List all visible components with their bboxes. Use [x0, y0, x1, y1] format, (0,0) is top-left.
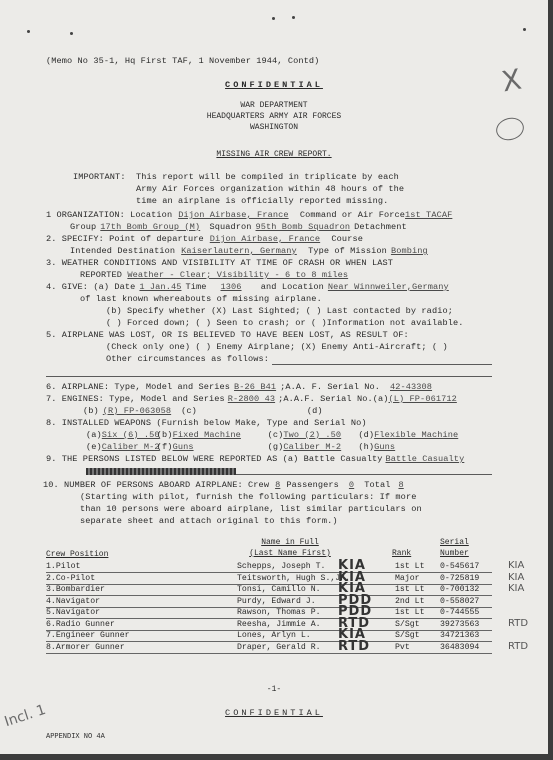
- crew-serial: 0-545617: [440, 562, 479, 571]
- weapon-d: Flexible Machine: [374, 430, 458, 440]
- crew-name: Draper, Gerald R.: [237, 643, 321, 652]
- crew-status-stamp: RTD: [338, 639, 370, 654]
- field-label: and Location: [261, 282, 324, 292]
- crew-position: 6.Radio Gunner: [46, 620, 115, 629]
- destination-value: Kaiserlautern, Germany: [175, 246, 303, 256]
- airplane-type-value: B-26 B41: [230, 382, 280, 392]
- section-9: 9. THE PERSONS LISTED BELOW WERE REPORTE…: [46, 454, 464, 464]
- field-label: ;A.A.F. Serial No.: [278, 394, 373, 404]
- header-crew-position: Crew Position: [46, 550, 108, 559]
- header-name-line-2: (Last Name First): [230, 549, 350, 558]
- classification-header: CONFIDENTIAL: [0, 80, 548, 90]
- section-10-line-4: separate sheet and attach original to th…: [80, 516, 338, 526]
- department: WAR DEPARTMENT: [0, 101, 548, 110]
- airplane-serial-value: 42-43308: [380, 382, 450, 392]
- section-10-line-3: than 10 persons were aboard airplane, li…: [80, 504, 422, 514]
- field-label: Passengers: [286, 480, 339, 490]
- crew-serial: 0-725819: [440, 574, 479, 583]
- crew-name: Schepps, Joseph T.: [237, 562, 325, 571]
- section-label: ENGINES:: [62, 394, 104, 404]
- crew-position: 2.Co-Pilot: [46, 574, 95, 583]
- crew-margin-note: KIA: [508, 572, 524, 583]
- important-line-2: Army Air Forces organization within 48 h…: [136, 184, 404, 194]
- important-label: IMPORTANT:: [73, 172, 126, 182]
- field-label: Type, Model and Series: [114, 382, 230, 392]
- section-10-line-2: (Starting with pilot, furnish the follow…: [80, 492, 416, 502]
- field-label: Course: [331, 234, 363, 244]
- section-1: 1 ORGANIZATION: LocationDijon Airbase, F…: [46, 210, 452, 220]
- scan-edge: [0, 754, 553, 760]
- page-number: -1-: [0, 685, 548, 694]
- struck-out-text: [86, 468, 236, 475]
- section-number: 1: [46, 210, 51, 220]
- crew-name: Reesha, Jimmie A.: [237, 620, 321, 629]
- field-label: Type of Mission: [308, 246, 387, 256]
- speck: [272, 17, 275, 20]
- departure-value: Dijon Airbase, France: [204, 234, 326, 244]
- header-name-line-1: Name in Full: [230, 538, 350, 547]
- crew-serial: 39273563: [440, 620, 479, 629]
- section-4-line-2: of last known whereabouts of missing air…: [80, 294, 322, 304]
- group-value: 17th Bomb Group (M): [96, 222, 204, 232]
- mission-value: Bombing: [387, 246, 432, 256]
- speck: [27, 30, 30, 33]
- crew-name: Lones, Arlyn L.: [237, 631, 311, 640]
- section-number: 6.: [46, 382, 57, 392]
- scan-edge: [548, 0, 553, 760]
- time-value: 1306: [207, 282, 256, 292]
- crew-rank: S/Sgt: [395, 620, 420, 629]
- section-7-line-2: (b)(R) FP-063058(c)(d): [83, 406, 473, 416]
- section-number: 7.: [46, 394, 57, 404]
- crew-serial: 36483094: [440, 643, 479, 652]
- section-2: 2. SPECIFY: Point of departureDijon Airb…: [46, 234, 453, 244]
- section-label: AIRPLANE WAS LOST, OR IS BELIEVED TO HAV…: [62, 330, 409, 340]
- crew-margin-note: RTD: [508, 618, 528, 629]
- weapon-e: Caliber M-2: [102, 442, 157, 452]
- section-5: 5. AIRPLANE WAS LOST, OR IS BELIEVED TO …: [46, 330, 409, 340]
- section-number: 3.: [46, 258, 57, 268]
- reported-as-value: Battle Casualty: [382, 454, 464, 464]
- speck: [523, 28, 526, 31]
- section-1-line-2: Group17th Bomb Group (M) Squadron95th Bo…: [70, 222, 467, 232]
- section-8: 8. INSTALLED WEAPONS (Furnish below Make…: [46, 418, 367, 428]
- crew-position: 1.Pilot: [46, 562, 80, 571]
- crew-serial: 34721363: [440, 631, 479, 640]
- section-8-line-2: (a)Six (6) .50(b)Fixed Machine(c)Two (2)…: [86, 430, 458, 440]
- weapon-b: Fixed Machine: [173, 430, 268, 440]
- total-count: 8: [390, 480, 443, 490]
- fill-line: [272, 364, 492, 365]
- document-page: (Memo No 35-1, Hq First TAF, 1 November …: [0, 0, 548, 754]
- section-number: 2.: [46, 234, 57, 244]
- section-label: GIVE:: [62, 282, 88, 292]
- weapon-f: Guns: [173, 442, 268, 452]
- header-rank: Rank: [392, 549, 411, 558]
- section-3: 3. WEATHER CONDITIONS AND VISIBILITY AT …: [46, 258, 393, 268]
- weapon-h: Guns: [374, 442, 434, 452]
- classification-footer: CONFIDENTIAL: [0, 708, 548, 718]
- section-number: 10.: [43, 480, 59, 490]
- section-6: 6. AIRPLANE: Type, Model and SeriesB-26 …: [46, 382, 450, 392]
- important-line-3: time an airplane is officially reported …: [136, 196, 388, 206]
- section-3-line-2: REPORTED Weather - Clear; Visibility - 6…: [80, 270, 356, 280]
- memo-reference: (Memo No 35-1, Hq First TAF, 1 November …: [46, 56, 319, 66]
- section-7: 7. ENGINES: Type, Model and SeriesR-2800…: [46, 394, 457, 404]
- section-label: THE PERSONS LISTED BELOW WERE REPORTED A…: [62, 454, 383, 464]
- section-5-line-2: (Check only one) ( ) Enemy Airplane; (X)…: [106, 342, 448, 352]
- crew-rank: 1st Lt: [395, 608, 424, 617]
- crew-position: 7.Engineer Gunner: [46, 631, 130, 640]
- crew-serial: 0-700132: [440, 585, 479, 594]
- section-label: ORGANIZATION:: [57, 210, 125, 220]
- date-value: 1 Jan.45: [135, 282, 185, 292]
- weather-value: Weather - Clear; Visibility - 6 to 8 mil…: [127, 270, 356, 280]
- engine-b-serial: (R) FP-063058: [99, 406, 181, 416]
- crew-name: Purdy, Edward J.: [237, 597, 316, 606]
- crew-margin-note: KIA: [508, 583, 524, 594]
- field-label: (a) Date: [93, 282, 135, 292]
- weapon-g: Caliber M-2: [283, 442, 358, 452]
- field-label: Group: [70, 222, 96, 232]
- field-label: Squadron: [209, 222, 251, 232]
- appendix-label: APPENDIX NO 4A: [46, 733, 105, 741]
- crew-name: Tonsi, Camillo N.: [237, 585, 321, 594]
- passenger-count: 0: [339, 480, 364, 490]
- section-number: 8.: [46, 418, 57, 428]
- weapon-a: Six (6) .50: [102, 430, 157, 440]
- section-label: SPECIFY:: [62, 234, 104, 244]
- important-line-1: This report will be compiled in triplica…: [136, 172, 399, 182]
- crew-name: Teitsworth, Hugh S.,Jr.: [237, 574, 350, 583]
- engine-a-serial: (L) FP-061712: [389, 394, 457, 404]
- command-value: 1st TACAF: [405, 210, 452, 220]
- section-label: INSTALLED WEAPONS (Furnish below Make, T…: [62, 418, 367, 428]
- handwritten-x-mark: X: [499, 63, 524, 99]
- crew-count: 8: [269, 480, 286, 490]
- section-2-line-2: Intended DestinationKaiserlautern, Germa…: [70, 246, 432, 256]
- fill-line: [236, 474, 492, 475]
- report-title: MISSING AIR CREW REPORT.: [0, 150, 548, 159]
- section-10: 10. NUMBER OF PERSONS ABOARD AIRPLANE: C…: [43, 480, 444, 490]
- crew-rank: Major: [395, 574, 420, 583]
- crew-position: 4.Navigator: [46, 597, 100, 606]
- crew-position: 8.Armorer Gunner: [46, 643, 125, 652]
- field-label: Detachment: [354, 222, 407, 232]
- section-4: 4. GIVE: (a) Date1 Jan.45Time1306 and Lo…: [46, 282, 449, 292]
- section-4-b-line-2: ( ) Forced down; ( ) Seen to crash; or (…: [106, 318, 463, 328]
- row-rule: [46, 653, 492, 654]
- crew-name: Rawson, Thomas P.: [237, 608, 321, 617]
- field-label: Intended Destination: [70, 246, 175, 256]
- field-label: Time: [185, 282, 206, 292]
- crew-serial: 0-744555: [440, 608, 479, 617]
- squadron-value: 95th Bomb Squadron: [252, 222, 355, 232]
- speck: [70, 32, 73, 35]
- weapon-c: Two (2) .50: [283, 430, 358, 440]
- field-label: REPORTED: [80, 270, 122, 280]
- crew-rank: 1st Lt: [395, 562, 424, 571]
- field-label: Location: [130, 210, 172, 220]
- crew-margin-note: RTD: [508, 641, 528, 652]
- location-value: Near Winnweiler,Germany: [324, 282, 449, 292]
- speck: [292, 16, 295, 19]
- engine-type-value: R-2800 43: [225, 394, 278, 404]
- crew-rank: 2nd Lt: [395, 597, 424, 606]
- city: WASHINGTON: [0, 123, 548, 132]
- headquarters: HEADQUARTERS ARMY AIR FORCES: [0, 112, 548, 121]
- section-number: 5.: [46, 330, 57, 340]
- section-number: 4.: [46, 282, 57, 292]
- section-label: AIRPLANE:: [62, 382, 109, 392]
- section-5-line-3: Other circumstances as follows:: [106, 354, 269, 364]
- crew-rank: 1st Lt: [395, 585, 424, 594]
- crew-position: 5.Navigator: [46, 608, 100, 617]
- section-number: 9.: [46, 454, 57, 464]
- crew-rank: S/Sgt: [395, 631, 420, 640]
- field-label: ;A.A. F. Serial No.: [280, 382, 380, 392]
- section-4-b-line-1: (b) Specify whether (X) Last Sighted; ( …: [106, 306, 453, 316]
- field-label: Command or Air Force: [300, 210, 405, 220]
- location-value: Dijon Airbase, France: [172, 210, 294, 220]
- crew-serial: 0-558027: [440, 597, 479, 606]
- handwritten-inclosure-note: Incl. 1: [3, 702, 48, 730]
- crew-position: 3.Bombardier: [46, 585, 105, 594]
- field-label: Point of departure: [109, 234, 204, 244]
- field-label: Type, Model and Series: [109, 394, 225, 404]
- section-label: NUMBER OF PERSONS ABOARD AIRPLANE: Crew: [64, 480, 269, 490]
- fill-line: [46, 376, 492, 377]
- header-serial-line-1: Serial: [440, 538, 469, 547]
- crew-rank: Pvt: [395, 643, 410, 652]
- field-label: Total: [364, 480, 390, 490]
- section-label: WEATHER CONDITIONS AND VISIBILITY AT TIM…: [62, 258, 393, 268]
- section-8-line-3: (e)Caliber M-2(f)Guns(g)Caliber M-2(h)Gu…: [86, 442, 434, 452]
- crew-margin-note: KIA: [508, 560, 524, 571]
- header-serial-line-2: Number: [440, 549, 469, 558]
